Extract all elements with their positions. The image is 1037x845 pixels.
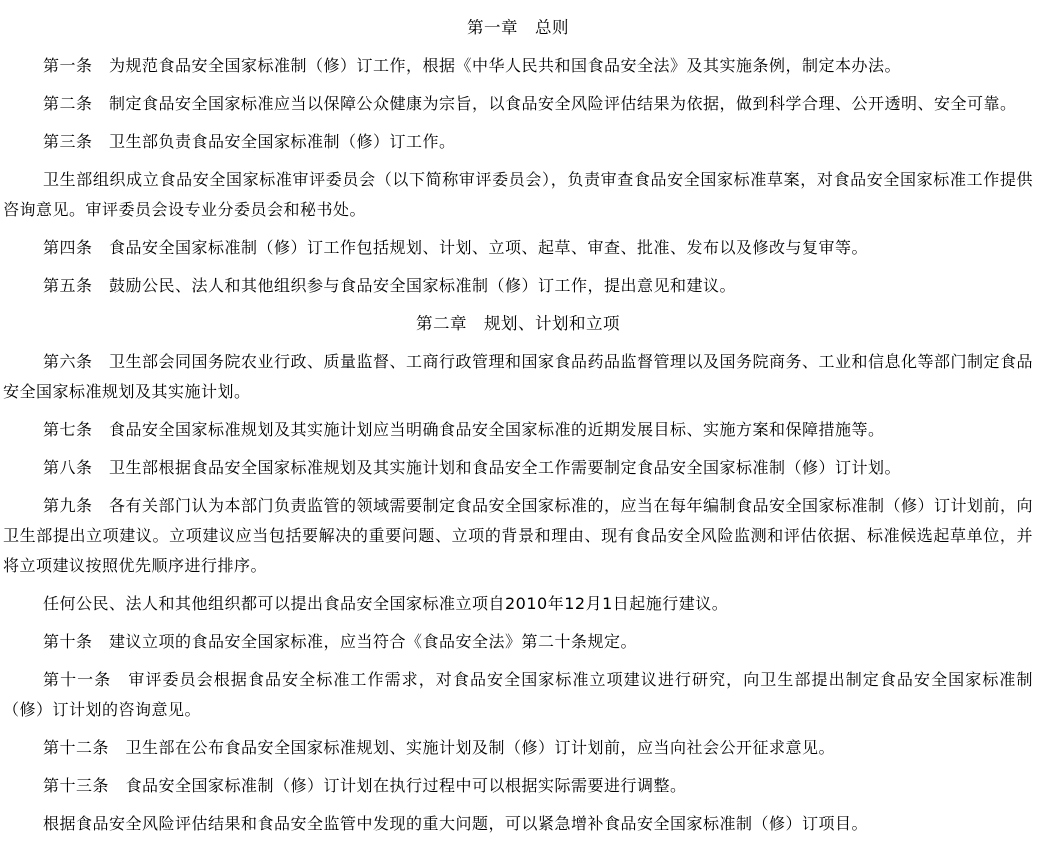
article-1: 第一条 为规范食品安全国家标准制（修）订工作，根据《中华人民共和国食品安全法》及… bbox=[3, 51, 1033, 81]
article-10: 第十条 建议立项的食品安全国家标准，应当符合《食品安全法》第二十条规定。 bbox=[3, 627, 1033, 657]
article-13-supplement: 根据食品安全风险评估结果和食品安全监管中发现的重大问题，可以紧急增补食品安全国家… bbox=[3, 809, 1033, 839]
article-9-supplement: 任何公民、法人和其他组织都可以提出食品安全国家标准立项自2010年12月1日起施… bbox=[3, 589, 1033, 619]
article-8: 第八条 卫生部根据食品安全国家标准规划及其实施计划和食品安全工作需要制定食品安全… bbox=[3, 453, 1033, 483]
article-9: 第九条 各有关部门认为本部门负责监管的领域需要制定食品安全国家标准的，应当在每年… bbox=[3, 491, 1033, 581]
article-7: 第七条 食品安全国家标准规划及其实施计划应当明确食品安全国家标准的近期发展目标、… bbox=[3, 415, 1033, 445]
chapter-1-heading: 第一章 总则 bbox=[3, 13, 1033, 43]
article-4: 第四条 食品安全国家标准制（修）订工作包括规划、计划、立项、起草、审查、批准、发… bbox=[3, 233, 1033, 263]
article-2: 第二条 制定食品安全国家标准应当以保障公众健康为宗旨，以食品安全风险评估结果为依… bbox=[3, 89, 1033, 119]
document-page: 第一章 总则 第一条 为规范食品安全国家标准制（修）订工作，根据《中华人民共和国… bbox=[0, 0, 1037, 845]
article-12: 第十二条 卫生部在公布食品安全国家标准规划、实施计划及制（修）订计划前，应当向社… bbox=[3, 733, 1033, 763]
article-11: 第十一条 审评委员会根据食品安全标准工作需求，对食品安全国家标准立项建议进行研究… bbox=[3, 665, 1033, 725]
article-3: 第三条 卫生部负责食品安全国家标准制（修）订工作。 bbox=[3, 127, 1033, 157]
chapter-2-heading: 第二章 规划、计划和立项 bbox=[3, 309, 1033, 339]
article-3-supplement: 卫生部组织成立食品安全国家标准审评委员会（以下简称审评委员会），负责审查食品安全… bbox=[3, 165, 1033, 225]
article-5: 第五条 鼓励公民、法人和其他组织参与食品安全国家标准制（修）订工作，提出意见和建… bbox=[3, 271, 1033, 301]
article-6: 第六条 卫生部会同国务院农业行政、质量监督、工商行政管理和国家食品药品监督管理以… bbox=[3, 347, 1033, 407]
article-13: 第十三条 食品安全国家标准制（修）订计划在执行过程中可以根据实际需要进行调整。 bbox=[3, 771, 1033, 801]
